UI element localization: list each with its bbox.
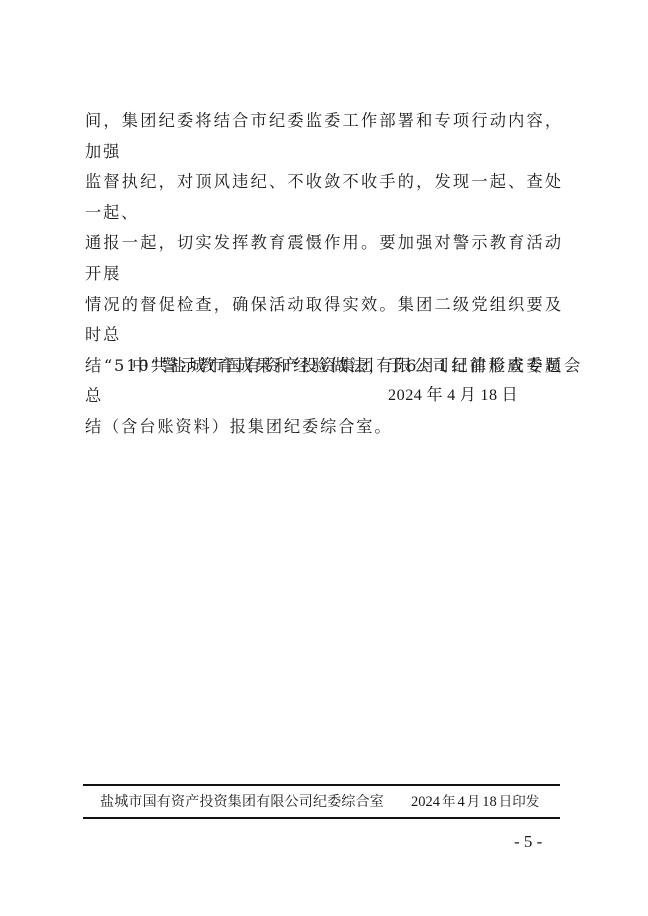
signature-date-month: 4 (447, 386, 456, 404)
page-number: - 5 - (514, 831, 542, 853)
body-line: 监督执纪，对顶风违纪、不收敛不收手的，发现一起、查处一起、 (85, 167, 563, 228)
footer-bottom-rule (83, 817, 560, 819)
body-line: 情况的督促检查，确保活动取得实效。集团二级党组织要及时总 (85, 290, 563, 351)
signature-date: 2024年4月18日 (388, 383, 522, 407)
signature-date-month-unit: 月 (460, 385, 477, 404)
footer-issuer: 盐城市国有资产投资集团有限公司纪委综合室 (100, 791, 384, 813)
footer-issue-year-unit: 年 (442, 794, 456, 810)
signature-date-day: 18 (480, 386, 497, 404)
signature-date-year: 2024 (388, 386, 422, 404)
footer-issue-month: 4 (458, 794, 465, 810)
footer-issue-year: 2024 (411, 794, 440, 810)
footer-top-rule (83, 784, 560, 786)
footer-issue-date: 2024年4月18日印发 (411, 791, 541, 813)
body-line: 间，集团纪委将结合市纪委监委工作部署和专项行动内容，加强 (85, 106, 563, 167)
footer-issue-day-suffix: 日印发 (499, 794, 540, 810)
body-line: 结（含台账资料）报集团纪委综合室。 (85, 412, 563, 443)
footer-issue-month-unit: 月 (467, 794, 481, 810)
signature-organization: 中共盐城市国有资产投资集团有限公司纪律检查委员会 (132, 352, 562, 380)
signature-date-year-unit: 年 (426, 385, 443, 404)
footer-issuance-row: 盐城市国有资产投资集团有限公司纪委综合室 2024年4月18日印发 (100, 791, 560, 813)
footer-issue-day: 18 (482, 794, 497, 810)
signature-date-day-unit: 日 (502, 385, 519, 404)
body-line: 通报一起，切实发挥教育震慑作用。要加强对警示教育活动开展 (85, 228, 563, 289)
document-page: 间，集团纪委将结合市纪委监委工作部署和专项行动内容，加强 监督执纪，对顶风违纪、… (0, 0, 648, 916)
